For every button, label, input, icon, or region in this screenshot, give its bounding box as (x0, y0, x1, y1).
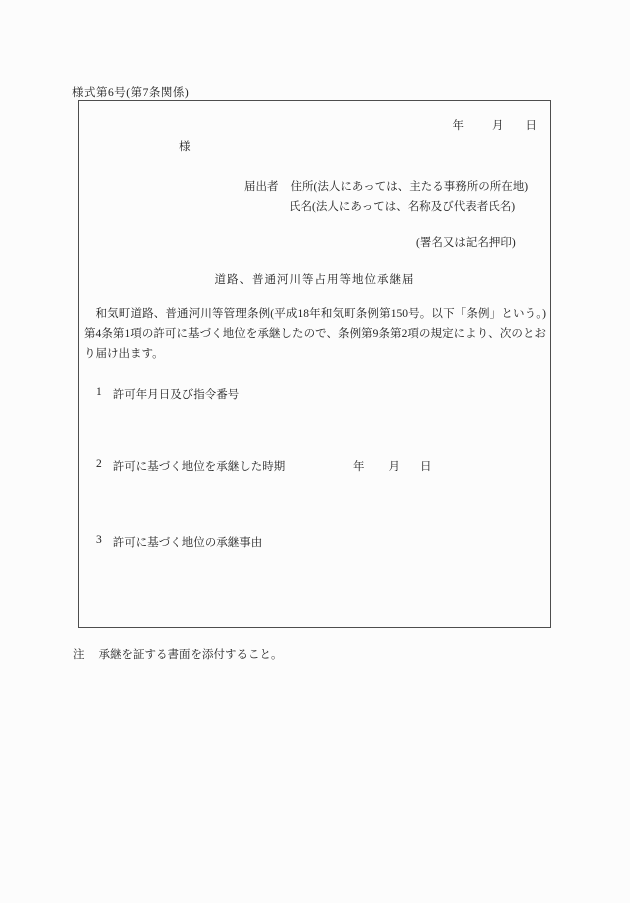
addressee-honorific: 様 (179, 138, 191, 154)
footnote-marker: 注 (73, 646, 85, 662)
date-month-label: 月 (492, 120, 504, 132)
submitter-address-text: 住所(法人にあっては、主たる事務所の所在地) (291, 178, 529, 194)
signature-or-seal-note: (署名又は記名押印) (416, 234, 516, 250)
item-2-number: 2 (96, 458, 102, 474)
form-border-box: 年月日 様 届出者 住所(法人にあっては、主たる事務所の所在地) 氏名(法人にあ… (78, 100, 551, 628)
document-title: 道路、普通河川等占用等地位承継届 (79, 271, 550, 287)
succession-date-line: 年月日 (353, 458, 432, 474)
succession-day-label: 日 (420, 461, 432, 473)
submitter-name-line: 氏名(法人にあっては、名称及び代表者氏名) (289, 198, 515, 214)
item-3-number: 3 (96, 534, 102, 550)
succession-month-label: 月 (389, 461, 401, 473)
form-style-label: 様式第6号(第7条関係) (72, 84, 189, 100)
body-paragraph: 和気町道路、普通河川等管理条例(平成18年和気町条例第150号。以下「条例」とい… (84, 304, 546, 364)
footnote-text: 承継を証する書面を添付すること。 (99, 646, 283, 662)
item-1-number: 1 (96, 386, 102, 402)
document-page: 様式第6号(第7条関係) 年月日 様 届出者 住所(法人にあっては、主たる事務所… (0, 0, 630, 903)
item-succession-time: 2 許可に基づく地位を承継した時期 (96, 458, 285, 474)
item-3-text: 許可に基づく地位の承継事由 (113, 534, 263, 550)
item-permit-date-number: 1 許可年月日及び指令番号 (96, 386, 239, 402)
item-2-text: 許可に基づく地位を承継した時期 (113, 458, 286, 474)
date-day-label: 日 (526, 120, 538, 132)
date-year-label: 年 (453, 120, 465, 132)
succession-year-label: 年 (353, 461, 365, 473)
item-1-text: 許可年月日及び指令番号 (113, 386, 240, 402)
item-succession-reason: 3 許可に基づく地位の承継事由 (96, 534, 262, 550)
attachment-footnote: 注 承継を証する書面を添付すること。 (73, 646, 283, 662)
submitter-address-line: 届出者 住所(法人にあっては、主たる事務所の所在地) (244, 178, 528, 194)
submitter-label: 届出者 (244, 178, 279, 194)
submission-date-line: 年月日 (453, 117, 538, 133)
